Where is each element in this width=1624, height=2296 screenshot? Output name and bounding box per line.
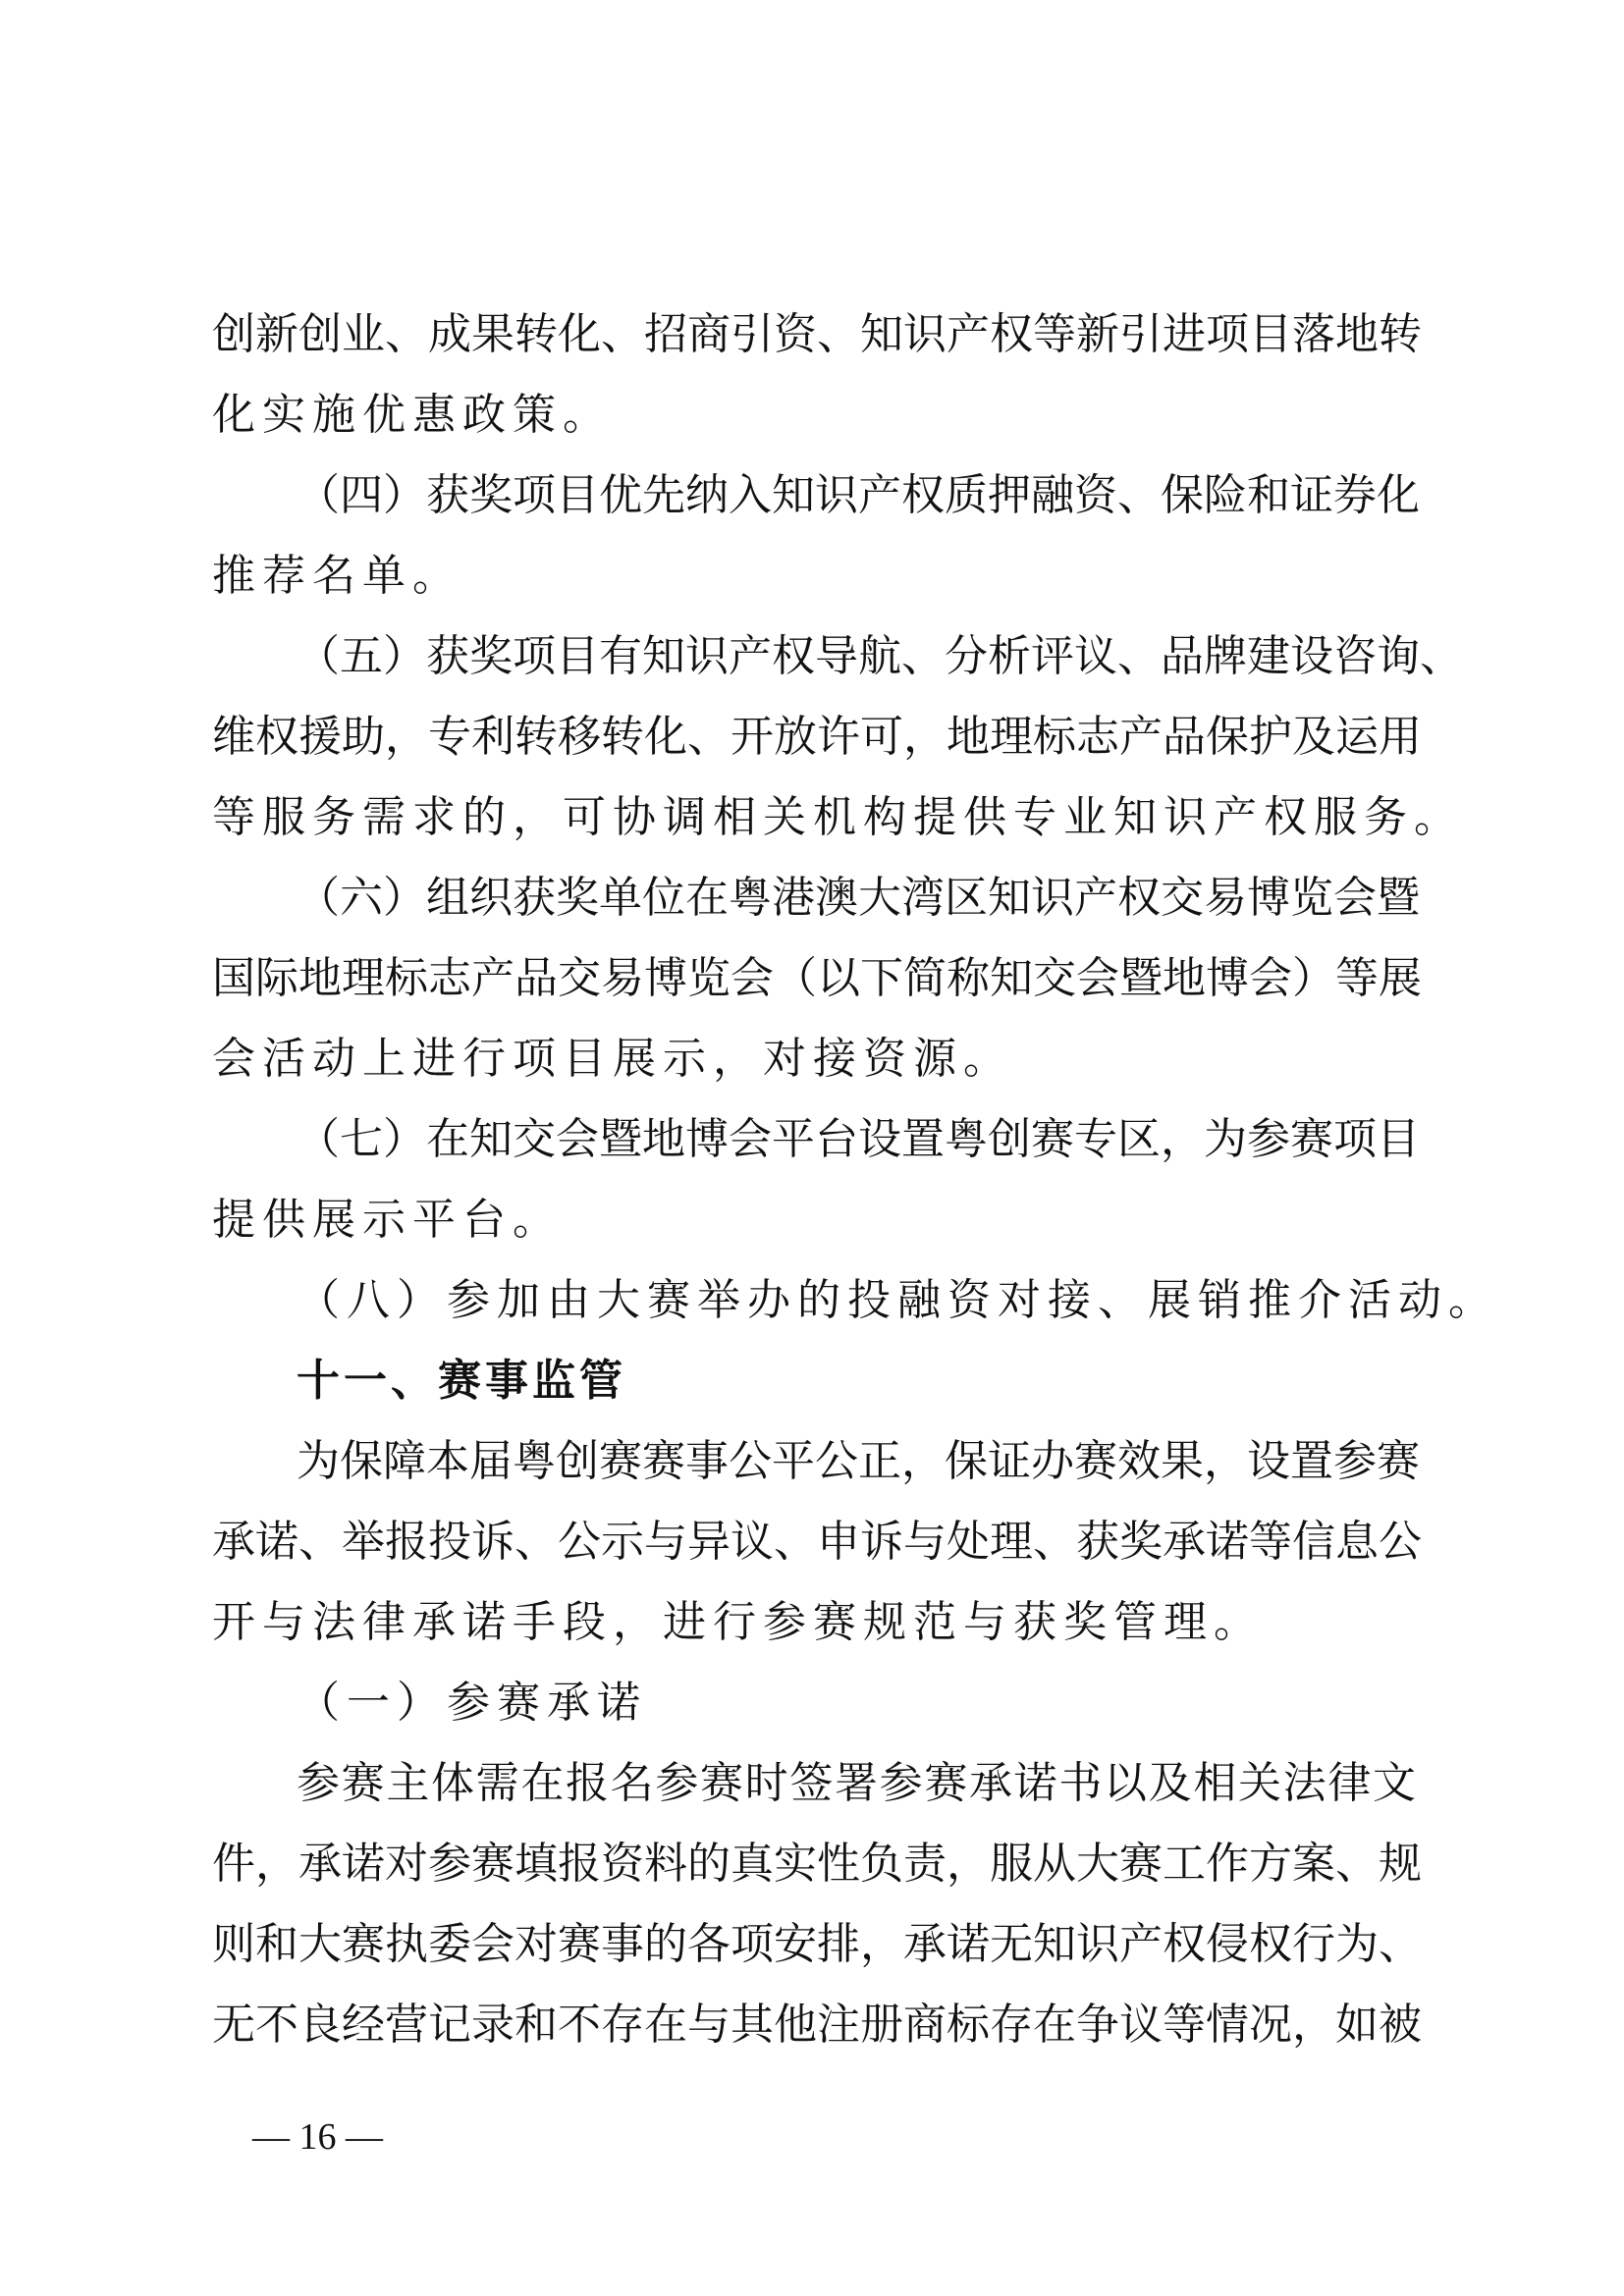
list-item-7-line: （七）在知交会暨地博会平台设置粤创赛专区，为参赛项目: [297, 1112, 1416, 1167]
section-heading: 十一、赛事监管: [297, 1354, 1416, 1409]
list-item-4-line: 推荐名单。: [212, 549, 1416, 604]
subsection-body-line: 参赛主体需在报名参赛时签署参赛承诺书以及相关法律文: [297, 1756, 1416, 1811]
section-intro-line: 承诺、举报投诉、公示与异议、申诉与处理、获奖承诺等信息公: [212, 1515, 1416, 1570]
list-item-6-line: 国际地理标志产品交易博览会（以下简称知交会暨地博会）等展: [212, 951, 1416, 1006]
list-item-6-line: （六）组织获奖单位在粤港澳大湾区知识产权交易博览会暨: [297, 871, 1416, 926]
list-item-7-line: 提供展示平台。: [212, 1193, 1416, 1248]
section-intro-line: 开与法律承诺手段，进行参赛规范与获奖管理。: [212, 1595, 1416, 1650]
page-number: — 16 —: [252, 2112, 383, 2162]
list-item-5-line: 等服务需求的，可协调相关机构提供专业知识产权服务。: [212, 790, 1416, 845]
document-page: 创新创业、成果转化、招商引资、知识产权等新引进项目落地转 化实施优惠政策。 （四…: [0, 0, 1624, 2296]
subsection-body-line: 件，承诺对参赛填报资料的真实性负责，服从大赛工作方案、规: [212, 1837, 1416, 1892]
list-item-6-line: 会活动上进行项目展示，对接资源。: [212, 1032, 1416, 1087]
list-item-5-line: 维权援助，专利转移转化、开放许可，地理标志产品保护及运用: [212, 710, 1416, 765]
section-intro-line: 为保障本届粤创赛赛事公平公正，保证办赛效果，设置参赛: [297, 1434, 1416, 1489]
paragraph-line: 创新创业、成果转化、招商引资、知识产权等新引进项目落地转: [212, 307, 1416, 362]
list-item-8-line: （八）参加由大赛举办的投融资对接、展销推介活动。: [297, 1273, 1416, 1328]
subsection-body-line: 则和大赛执委会对赛事的各项安排，承诺无知识产权侵权行为、: [212, 1917, 1416, 1972]
subsection-body-line: 无不良经营记录和不存在与其他注册商标存在争议等情况，如被: [212, 1998, 1416, 2053]
subsection-heading: （一）参赛承诺: [297, 1676, 1416, 1731]
paragraph-line: 化实施优惠政策。: [212, 388, 1416, 443]
list-item-5-line: （五）获奖项目有知识产权导航、分析评议、品牌建设咨询、: [297, 629, 1416, 684]
list-item-4-line: （四）获奖项目优先纳入知识产权质押融资、保险和证券化: [297, 468, 1416, 523]
